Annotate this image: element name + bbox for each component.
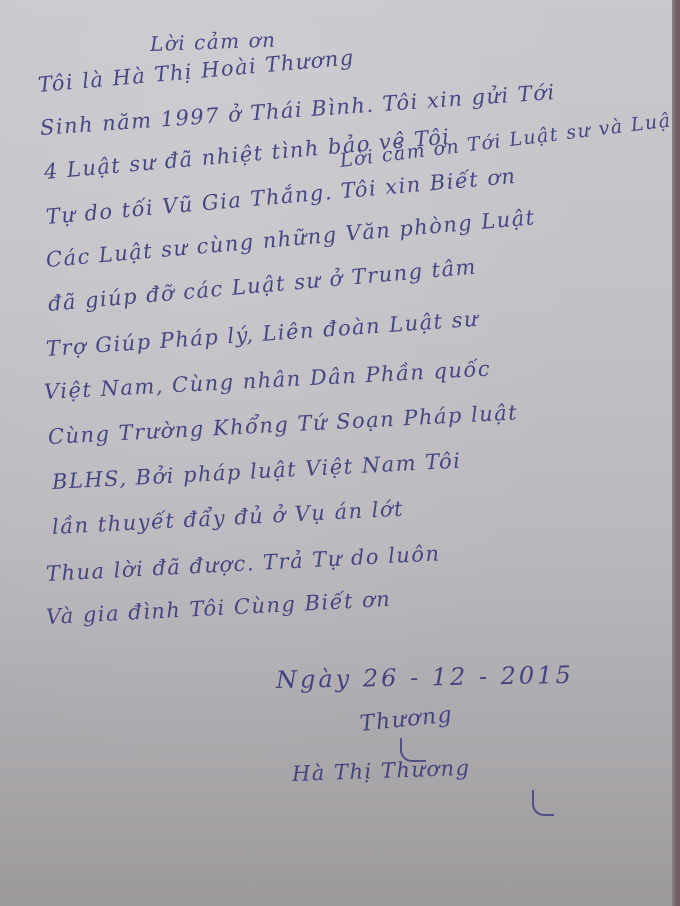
letter-signature: Thương [359,702,455,737]
signature-name-flourish [532,790,554,816]
letter-line-12: lần thuyết đẩy đủ ở Vụ án lớt [51,497,404,539]
letter-date: Ngày 26 - 12 - 2015 [276,661,574,694]
letter-title: Lời cảm ơn [150,28,277,56]
letter-line-14: Và gia đình Tôi Cùng Biết ơn [45,587,391,629]
letter-line-11: BLHS, Bởi pháp luật Việt Nam Tôi [51,449,462,494]
letter-line-13: Thua lời đã được. Trả Tự do luôn [45,541,441,586]
letter-paper: Lời cảm ơn Tôi là Hà Thị Hoài Thương Sin… [0,0,672,906]
letter-line-9: Việt Nam, Cùng nhân Dân Phần quốc [43,357,491,404]
letter-line-10: Cùng Trường Khổng Tứ Soạn Pháp luật [47,400,518,449]
letter-line-8: Trợ Giúp Pháp lý, Liên đoàn Luật sư [45,307,480,361]
letter-signature-name: Hà Thị Thương [292,756,471,786]
signature-flourish [400,738,426,762]
